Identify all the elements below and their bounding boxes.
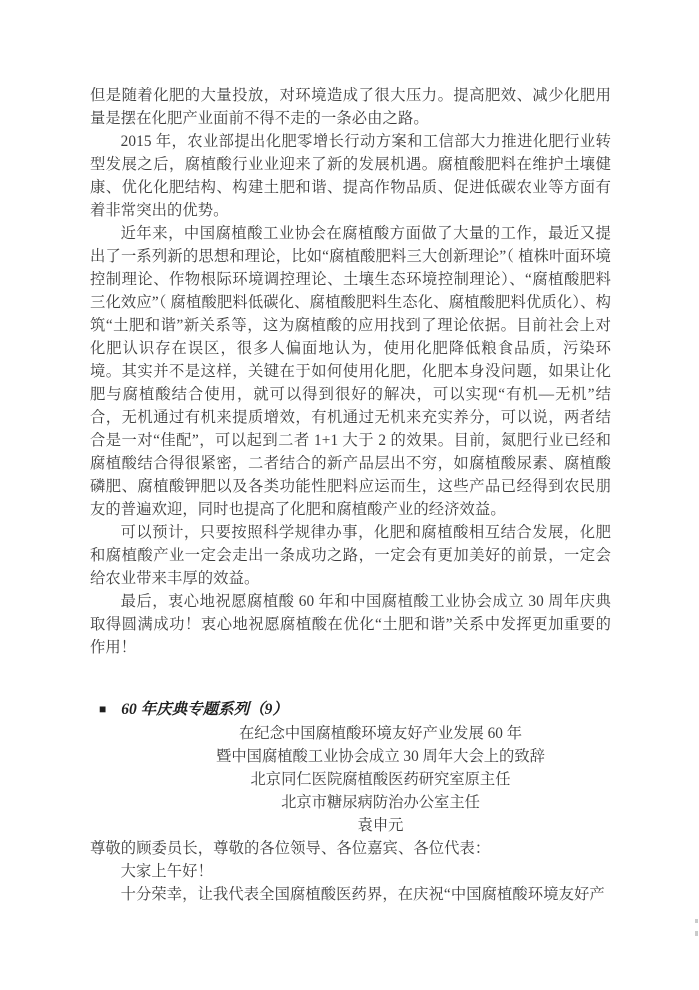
- speech-speaker-name: 袁申元: [150, 814, 611, 837]
- document-page: 但是随着化肥的大量投放，对环境造成了很大压力。提高肥效、减少化肥用量是摆在化肥产…: [0, 0, 699, 990]
- paragraph: 十分荣幸，让我代表全国腐植酸医药界，在庆祝“中国腐植酸环境友好产: [90, 883, 611, 906]
- speech-title-block: 在纪念中国腐植酸环境友好产业发展 60 年 暨中国腐植酸工业协会成立 30 周年…: [90, 722, 611, 837]
- page-content: 但是随着化肥的大量投放，对环境造成了很大压力。提高肥效、减少化肥用量是摆在化肥产…: [90, 84, 611, 906]
- paragraph: 大家上午好！: [90, 860, 611, 883]
- speech-title-line: 在纪念中国腐植酸环境友好产业发展 60 年: [150, 722, 611, 745]
- section-heading: ■60 年庆典专题系列（9）: [90, 698, 611, 722]
- square-bullet-icon: ■: [99, 698, 106, 721]
- paragraph: 但是随着化肥的大量投放，对环境造成了很大压力。提高肥效、减少化肥用量是摆在化肥产…: [90, 84, 611, 130]
- paragraph: 可以预计，只要按照科学规律办事，化肥和腐植酸相互结合发展，化肥和腐植酸产业一定会…: [90, 521, 611, 590]
- paragraph: 2015 年，农业部提出化肥零增长行动方案和工信部大力推进化肥行业转型发展之后，…: [90, 130, 611, 222]
- scan-artifact: [695, 931, 698, 936]
- speech-title-line: 北京同仁医院腐植酸医药研究室原主任: [150, 768, 611, 791]
- speech-title-line: 北京市糖尿病防治办公室主任: [150, 791, 611, 814]
- paragraph: 近年来，中国腐植酸工业协会在腐植酸方面做了大量的工作，最近又提出了一系列新的思想…: [90, 222, 611, 521]
- section-heading-text: 60 年庆典专题系列（9）: [121, 701, 288, 718]
- scan-artifact: [695, 919, 698, 923]
- speech-title-line: 暨中国腐植酸工业协会成立 30 周年大会上的致辞: [150, 745, 611, 768]
- paragraph: 最后，衷心地祝愿腐植酸 60 年和中国腐植酸工业协会成立 30 周年庆典取得圆满…: [90, 590, 611, 659]
- speech-salutation: 尊敬的顾委员长，尊敬的各位领导、各位嘉宾、各位代表：: [90, 837, 611, 860]
